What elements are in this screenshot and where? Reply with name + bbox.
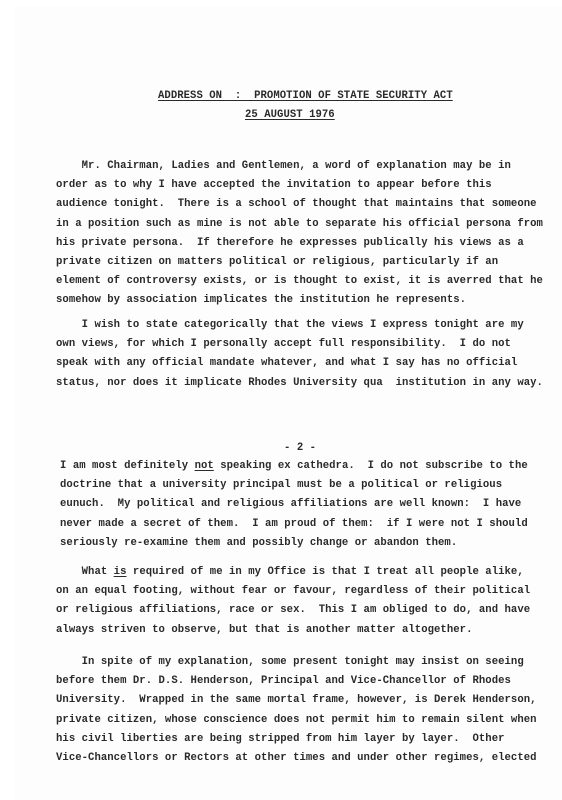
text-line: seriously re-examine them and possibly c… (60, 537, 457, 549)
underlined-word: is (114, 566, 127, 578)
document-page: ADDRESS ON : PROMOTION OF STATE SECURITY… (14, 6, 562, 800)
text-line: in a position such as mine is not able t… (56, 218, 543, 230)
text-line: private citizen, whose conscience does n… (56, 714, 537, 726)
text-line: status, nor does it implicate Rhodes Uni… (56, 377, 543, 389)
text-line: somehow by association implicates the in… (56, 294, 466, 306)
text-line: always striven to observe, but that is a… (56, 624, 472, 636)
text-line: speak with any official mandate whatever… (56, 357, 517, 369)
text-line: before them Dr. D.S. Henderson, Principa… (56, 675, 511, 687)
text-line: In spite of my explanation, some present… (56, 656, 524, 668)
text-line: Vice-Chancellors or Rectors at other tim… (56, 752, 537, 764)
text-line: on an equal footing, without fear or fav… (56, 585, 530, 597)
text-line: doctrine that a university principal mus… (60, 479, 502, 491)
text-line: order as to why I have accepted the invi… (56, 179, 492, 191)
underlined-word: not (195, 460, 214, 472)
document-title: ADDRESS ON : PROMOTION OF STATE SECURITY… (158, 90, 453, 102)
text-line: Mr. Chairman, Ladies and Gentlemen, a wo… (56, 160, 511, 172)
text-line: never made a secret of them. I am proud … (60, 518, 528, 530)
text-line: private citizen on matters political or … (56, 256, 498, 268)
document-date: 25 AUGUST 1976 (245, 109, 335, 121)
text-line: his private persona. If therefore he exp… (56, 237, 524, 249)
page-number: - 2 - (284, 442, 316, 454)
text-line: eunuch. My political and religious affil… (60, 498, 521, 510)
text-line: University. Wrapped in the same mortal f… (56, 694, 537, 706)
text-line: I wish to state categorically that the v… (56, 319, 524, 331)
text-line: element of controversy exists, or is tho… (56, 275, 543, 287)
text-line: What is required of me in my Office is t… (56, 566, 524, 578)
text-line: his civil liberties are being stripped f… (56, 733, 505, 745)
text-line: audience tonight. There is a school of t… (56, 198, 537, 210)
text-line: I am most definitely not speaking ex cat… (60, 460, 528, 472)
text-line: or religious affiliations, race or sex. … (56, 604, 530, 616)
text-line: own views, for which I personally accept… (56, 338, 511, 350)
